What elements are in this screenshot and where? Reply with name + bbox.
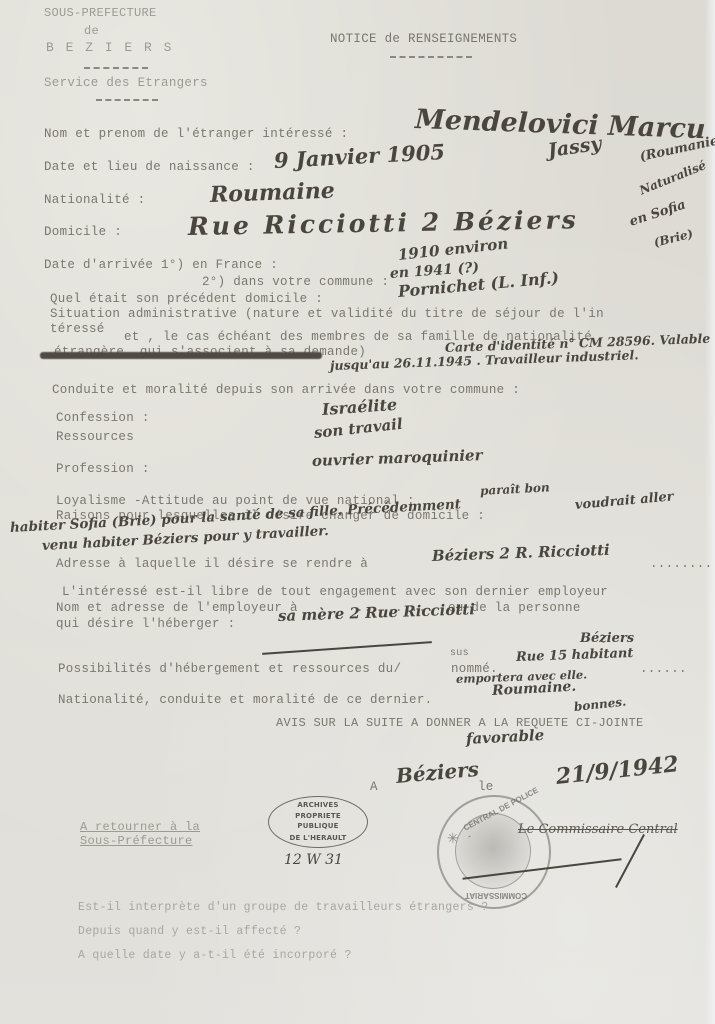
birth-note-line2: Naturalisé (637, 158, 708, 197)
employer-value-line1: sa mère 2 Rue Ricciotti (278, 600, 475, 625)
opinion-value: favorable (466, 726, 545, 748)
archive-stamp-line4: DE L'HERAULT (269, 834, 367, 842)
redaction-strike (40, 352, 322, 359)
page-title: NOTICE de RENSEIGNEMENTS (330, 32, 517, 46)
signature-flourish (615, 834, 645, 888)
conduct-label: Conduite et moralité depuis son arrivée … (52, 383, 520, 397)
destination-dots: ........ (650, 557, 712, 571)
lodging-correction: sus (450, 648, 469, 659)
reasons-value-line1: voudrait aller (574, 489, 674, 513)
archive-stamp: ARCHIVES PROPRIETE PUBLIQUE DE L'HERAULT (268, 796, 368, 848)
admin-situation-label-line2: téressé (50, 322, 105, 336)
archive-stamp-line1: ARCHIVES (269, 801, 367, 809)
office-line1: SOUS-PREFECTURE (44, 6, 157, 20)
previous-domicile-label: Quel était son précédent domicile : (50, 292, 323, 306)
profession-value: ouvrier maroquinier (312, 446, 483, 470)
office-line2: de (84, 24, 99, 38)
host-nationality-label: Nationalité, conduite et moralité de ce … (58, 693, 432, 707)
return-note-line2: Sous-Préfecture (80, 834, 193, 848)
host-nationality-value-line2: bonnes. (573, 695, 627, 714)
birth-label: Date et lieu de naissance : (44, 160, 255, 174)
destination-label: Adresse à laquelle il désire se rendre à (56, 557, 368, 571)
faded-question-3: A quelle date y a-t-il été incorporé ? (78, 949, 352, 962)
lodging-label-prefix: Possibilités d'hébergement et ressources… (58, 662, 401, 676)
date-value: 21/9/1942 (555, 751, 680, 790)
lodging-value-line1: Rue 15 habitant (516, 646, 634, 665)
nationality-value: Roumaine (210, 178, 336, 208)
archive-stamp-line3: PUBLIQUE (269, 822, 367, 830)
lodging-dots: ...... (640, 662, 687, 676)
confession-label: Confession : (56, 411, 150, 425)
place-value: Béziers (395, 757, 480, 788)
arrival-commune-label: 2°) dans votre commune : (202, 275, 389, 289)
destination-value: Béziers 2 R. Ricciotti (432, 541, 610, 565)
domicile-value: Rue Ricciotti 2 Béziers (188, 205, 579, 241)
free-engagement-label: L'intéressé est-il libre de tout engagem… (62, 585, 608, 599)
service-divider (96, 99, 158, 101)
employer-label-line1: Nom et adresse de l'employeur à (56, 601, 298, 615)
name-label: Nom et prenom de l'étranger intéressé : (44, 127, 348, 141)
signatory-title: Le Commissaire Central (518, 822, 678, 837)
birth-date-value: 9 Janvier 1905 (273, 139, 445, 173)
faded-question-1: Est-il interprète d'un groupe de travail… (78, 901, 488, 914)
return-note-line1: A retourner à la (80, 820, 200, 834)
domicile-label: Domicile : (44, 225, 122, 239)
nationality-label: Nationalité : (44, 193, 145, 207)
birth-note-line3: en Sofia (628, 197, 688, 229)
employer-underline (262, 641, 432, 655)
loyalty-value: paraît bon (480, 480, 550, 498)
office-line3: B E Z I E R S (46, 40, 173, 55)
resources-value: son travail (313, 415, 403, 442)
document-page: SOUS-PREFECTURE de B E Z I E R S Service… (0, 0, 715, 1024)
host-nationality-value-line1: Roumaine. (492, 679, 577, 699)
archive-stamp-line2: PROPRIETE (269, 812, 367, 820)
resources-label: Ressources (56, 430, 134, 444)
header-divider (84, 67, 148, 69)
admin-situation-label-line1: Situation administrative (nature et vali… (50, 307, 604, 321)
archive-reference: 12 W 31 (284, 852, 343, 868)
faded-question-2: Depuis quand y est-il affecté ? (78, 925, 301, 938)
arrival-france-label: Date d'arrivée 1°) en France : (44, 258, 278, 272)
place-prefix: A (370, 780, 378, 794)
employer-label-line2: qui désire l'héberger : (56, 617, 235, 631)
police-stamp-bottom-text: COMMISSARIAT (465, 891, 527, 900)
star-icon: ✳ (447, 831, 459, 848)
profession-label: Profession : (56, 462, 150, 476)
police-stamp: ✳ CENTRAL DE POLICE - COMMISSARIAT (437, 795, 551, 909)
title-divider (390, 56, 472, 58)
paper-edge (705, 0, 715, 1024)
birth-note-line4: (Brie) (652, 227, 694, 250)
arrival-france-value: 1910 environ (397, 234, 509, 263)
date-prefix: le (478, 780, 494, 794)
employer-value-line2: Béziers (580, 631, 634, 646)
opinion-label: AVIS SUR LA SUITE A DONNER A LA REQUETE … (276, 716, 644, 730)
service-name: Service des Etrangers (44, 76, 208, 90)
